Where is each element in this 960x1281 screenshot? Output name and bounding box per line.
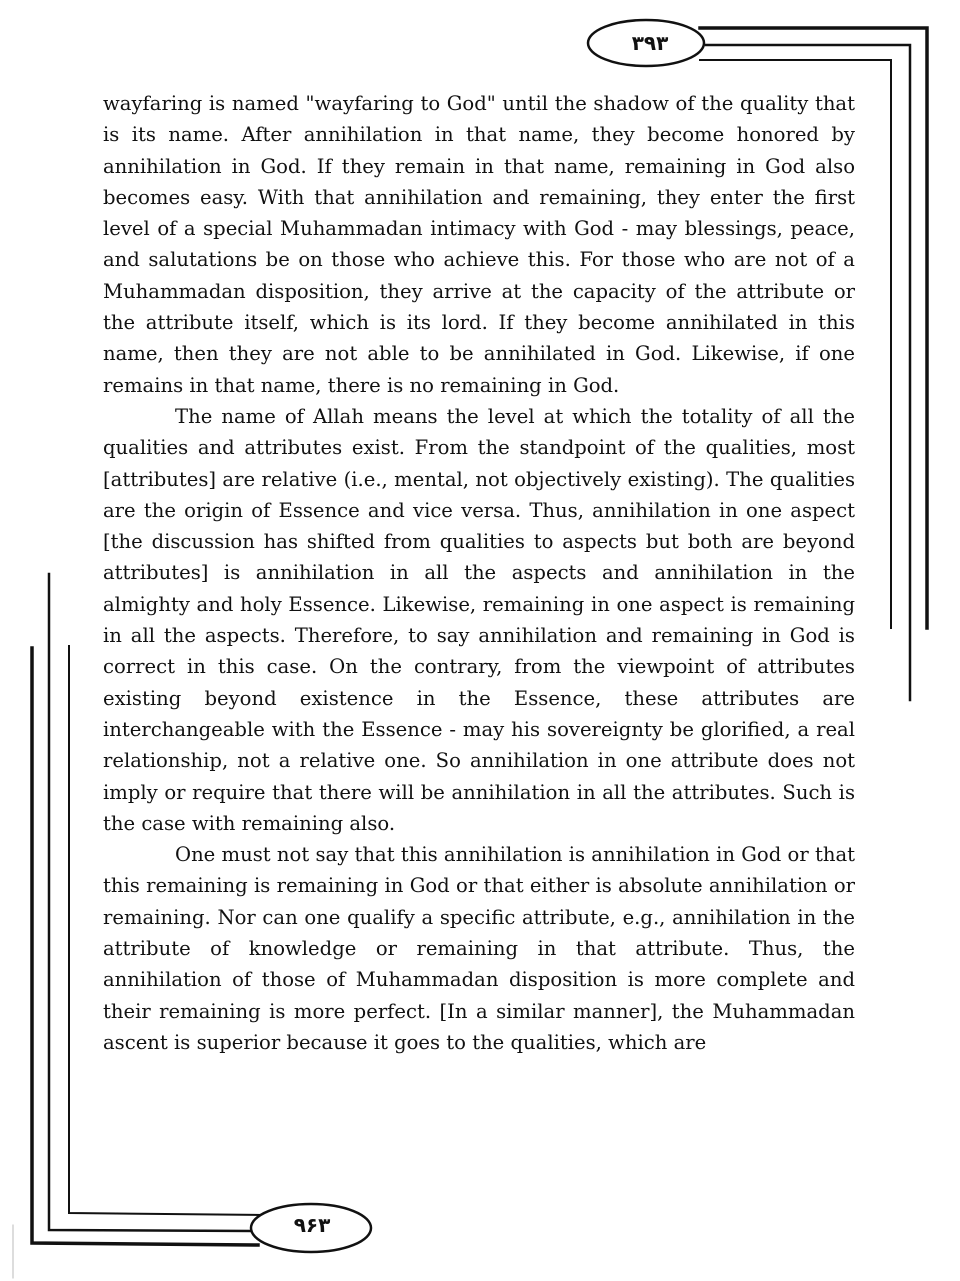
paragraph-1: wayfaring is named "wayfaring to God" un… xyxy=(103,88,855,401)
header-page-number: ۳۹۳ xyxy=(590,26,710,60)
paragraph-3: One must not say that this annihilation … xyxy=(103,839,855,1058)
footer-page-number: ۹۶۳ xyxy=(252,1208,372,1242)
paragraph-2: The name of Allah means the level at whi… xyxy=(103,401,855,839)
document-body: wayfaring is named "wayfaring to God" un… xyxy=(103,88,855,1058)
